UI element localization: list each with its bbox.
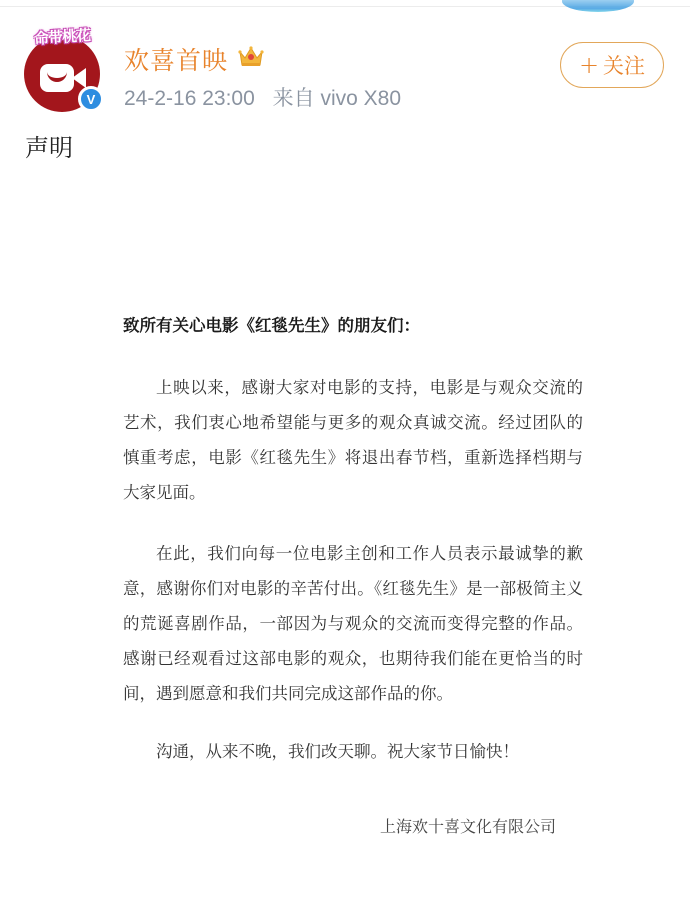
camera-lens-shape xyxy=(72,68,86,88)
statement-image[interactable]: 致所有关心电影《红毯先生》的朋友们： 上映以来，感谢大家对电影的支持，电影是与观… xyxy=(0,170,690,901)
post-source: 来自 vivo X80 xyxy=(273,87,401,110)
letter-signature: 上海欢十喜文化有限公司 xyxy=(380,814,556,837)
author-name[interactable]: 欢喜首映 xyxy=(124,41,228,77)
letter-closing: 沟通，从来不晚，我们改天聊。祝大家节日愉快！ xyxy=(156,738,519,762)
letter-salutation: 致所有关心电影《红毯先生》的朋友们： xyxy=(123,312,420,336)
letter-paragraph: 在此，我们向每一位电影主创和工作人员表示最诚挚的歉意，感谢你们对电影的辛苦付出。… xyxy=(123,536,583,711)
letter-paragraph: 上映以来，感谢大家对电影的支持，电影是与观众交流的艺术，我们衷心地希望能与更多的… xyxy=(123,370,583,510)
post-meta: 24-2-16 23:00 来自 vivo X80 xyxy=(124,82,401,112)
crown-icon xyxy=(237,44,265,68)
verified-badge-icon: V xyxy=(78,86,104,112)
post-text: 声明 xyxy=(25,128,73,163)
decorative-sticker xyxy=(562,0,634,12)
follow-label: 关注 xyxy=(603,50,645,80)
avatar-banner-text: 命带桃花 xyxy=(15,23,108,51)
avatar[interactable]: 命带桃花 V xyxy=(14,20,106,112)
plus-icon: + xyxy=(579,51,599,79)
post-timestamp: 24-2-16 23:00 xyxy=(124,87,255,110)
follow-button[interactable]: + 关注 xyxy=(560,42,664,88)
